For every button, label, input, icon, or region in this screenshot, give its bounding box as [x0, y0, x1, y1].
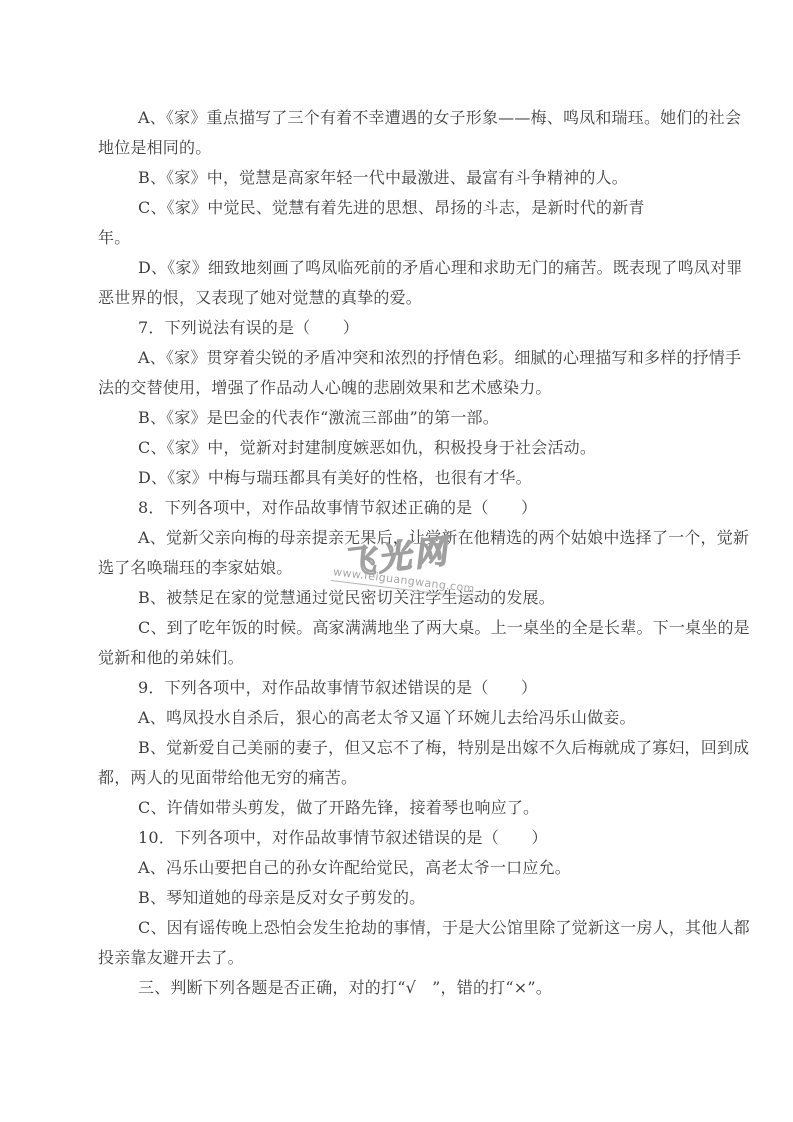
text-line: A、《家》贯穿着尖锐的矛盾冲突和浓烈的抒情色彩。细腻的心理描写和多样的抒情手 — [98, 343, 698, 373]
text-line: C、到了吃年饭的时候。高家满满地坐了两大桌。上一桌坐的全是长辈。下一桌坐的是 — [98, 613, 698, 643]
text-line: D、《家》细致地刻画了鸣凤临死前的矛盾心理和求助无门的痛苦。既表现了鸣凤对罪 — [98, 253, 698, 283]
text-line: B、《家》是巴金的代表作“激流三部曲”的第一部。 — [98, 403, 698, 433]
text-line: A、觉新父亲向梅的母亲提亲无果后，让觉新在他精选的两个姑娘中选择了一个，觉新 — [98, 523, 698, 553]
text-line: B、被禁足在家的觉慧通过觉民密切关注学生运动的发展。 — [98, 583, 698, 613]
text-line: 7．下列说法有误的是（ ） — [98, 313, 698, 343]
text-line: 法的交替使用，增强了作品动人心魄的悲剧效果和艺术感染力。 — [98, 373, 698, 403]
text-line: 9．下列各项中，对作品故事情节叙述错误的是（ ） — [98, 673, 698, 703]
text-line: C、《家》中，觉新对封建制度嫉恶如仇，积极投身于社会活动。 — [98, 433, 698, 463]
text-line: 投亲靠友避开去了。 — [98, 943, 698, 973]
text-line: 选了名唤瑞珏的李家姑娘。 — [98, 553, 698, 583]
text-line: C、因有谣传晚上恐怕会发生抢劫的事情，于是大公馆里除了觉新这一房人，其他人都 — [98, 913, 698, 943]
text-line: C、《家》中觉民、觉慧有着先进的思想、昂扬的斗志，是新时代的新青 — [98, 193, 698, 223]
text-line: 地位是相同的。 — [98, 133, 698, 163]
text-line: D、《家》中梅与瑞珏都具有美好的性格，也很有才华。 — [98, 463, 698, 493]
text-line: B、《家》中，觉慧是高家年轻一代中最激进、最富有斗争精神的人。 — [98, 163, 698, 193]
text-line: 8．下列各项中，对作品故事情节叙述正确的是（ ） — [98, 493, 698, 523]
text-line: 三、判断下列各题是否正确，对的打“√ ”，错的打“×”。 — [98, 973, 698, 1003]
text-line: 10．下列各项中，对作品故事情节叙述错误的是（ ） — [98, 823, 698, 853]
text-line: 恶世界的恨，又表现了她对觉慧的真挚的爱。 — [98, 283, 698, 313]
document-text: A、《家》重点描写了三个有着不幸遭遇的女子形象——梅、鸣凤和瑞珏。她们的社会地位… — [98, 103, 698, 1003]
document-page: A、《家》重点描写了三个有着不幸遭遇的女子形象——梅、鸣凤和瑞珏。她们的社会地位… — [0, 0, 793, 1122]
text-line: C、许倩如带头剪发，做了开路先锋，接着琴也响应了。 — [98, 793, 698, 823]
text-line: A、鸣凤投水自杀后，狠心的高老太爷又逼丫环婉儿去给冯乐山做妾。 — [98, 703, 698, 733]
text-line: B、觉新爱自己美丽的妻子，但又忘不了梅，特别是出嫁不久后梅就成了寡妇，回到成 — [98, 733, 698, 763]
text-line: A、冯乐山要把自己的孙女许配给觉民，高老太爷一口应允。 — [98, 853, 698, 883]
text-line: A、《家》重点描写了三个有着不幸遭遇的女子形象——梅、鸣凤和瑞珏。她们的社会 — [98, 103, 698, 133]
text-line: 觉新和他的弟妹们。 — [98, 643, 698, 673]
text-line: 都，两人的见面带给他无穷的痛苦。 — [98, 763, 698, 793]
text-line: B、琴知道她的母亲是反对女子剪发的。 — [98, 883, 698, 913]
text-line: 年。 — [98, 223, 698, 253]
